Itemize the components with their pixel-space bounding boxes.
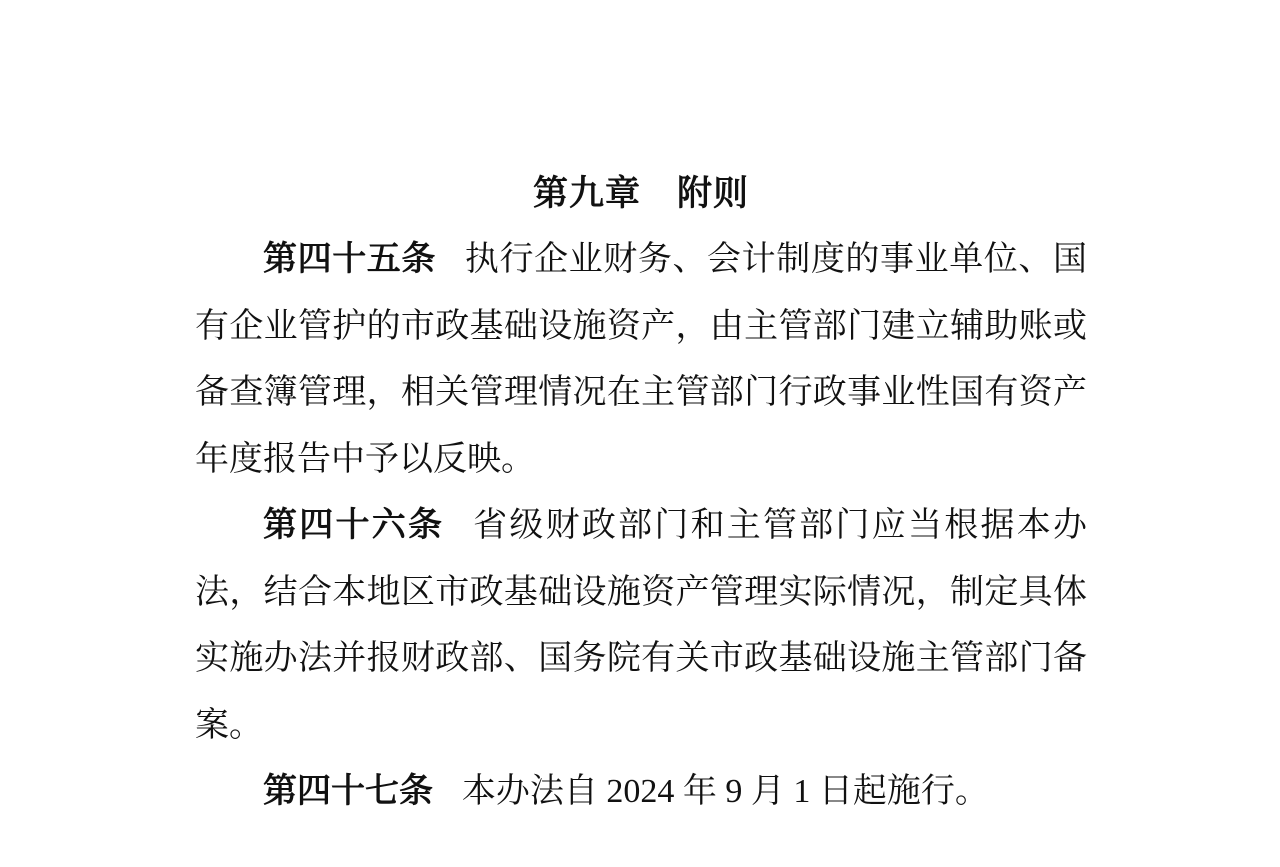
chapter-heading: 第九章 附则 [195, 160, 1087, 227]
document-text-block: 第九章 附则 第四十五条执行企业财务、会计制度的事业单位、国有企业管护的市政基础… [195, 160, 1087, 826]
article-46-number: 第四十六条 [263, 507, 473, 544]
article-47-number: 第四十七条 [263, 773, 462, 810]
article-45-number: 第四十五条 [263, 241, 465, 278]
article-47-text: 本办法自 2024 年 9 月 1 日起施行。 [462, 773, 989, 810]
article-47: 第四十七条本办法自 2024 年 9 月 1 日起施行。 [195, 759, 1087, 826]
article-45: 第四十五条执行企业财务、会计制度的事业单位、国有企业管护的市政基础设施资产，由主… [195, 227, 1087, 493]
article-46: 第四十六条省级财政部门和主管部门应当根据本办法，结合本地区市政基础设施资产管理实… [195, 493, 1087, 759]
document-page: 第九章 附则 第四十五条执行企业财务、会计制度的事业单位、国有企业管护的市政基础… [0, 0, 1280, 867]
